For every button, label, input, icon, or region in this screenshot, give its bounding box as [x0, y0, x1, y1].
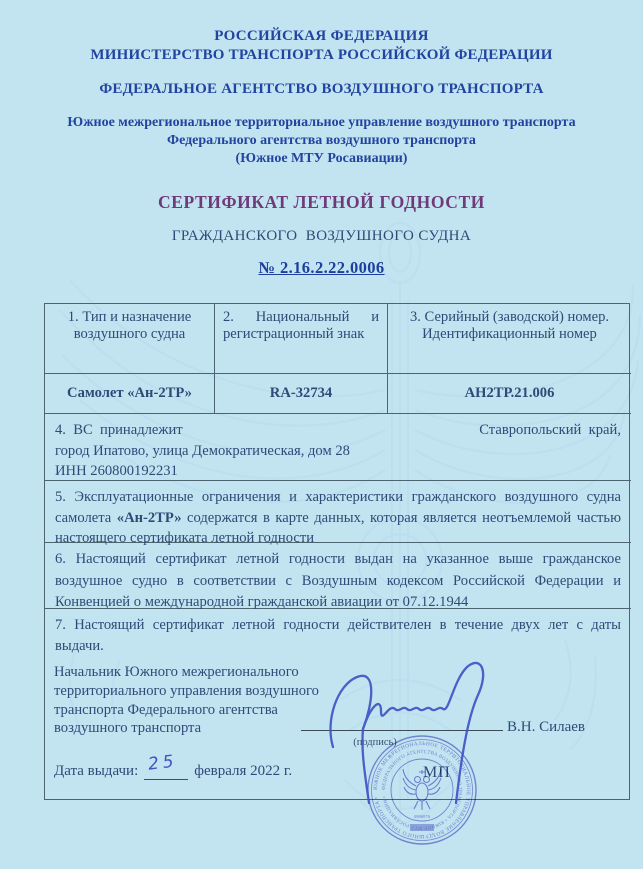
owner-region: Ставропольский край, — [479, 420, 621, 441]
section-4-owner: 4. ВС принадлежит Ставропольский край, г… — [45, 414, 631, 481]
certificate-table: 1. Тип и назначение воздушного судна 2. … — [44, 303, 630, 800]
letterhead: РОССИЙСКАЯ ФЕДЕРАЦИЯ МИНИСТЕРСТВО ТРАНСП… — [0, 0, 643, 168]
section-7-text: 7. Настоящий сертификат летной годности … — [45, 609, 631, 657]
ministry-name: МИНИСТЕРСТВО ТРАНСПОРТА РОССИЙСКОЙ ФЕДЕР… — [0, 47, 643, 64]
department-line2: Федерального агентства воздушного трансп… — [0, 132, 643, 150]
owner-address: город Ипатово, улица Демократическая, до… — [55, 441, 621, 462]
certificate-subtitle: ГРАЖДАНСКОГО ВОЗДУШНОГО СУДНА — [0, 228, 643, 245]
table-header-type: 1. Тип и назначение воздушного судна — [45, 304, 215, 374]
owner-label: 4. ВС принадлежит — [55, 420, 183, 441]
section-5-limitations: 5. Эксплуатационные ограничения и характ… — [45, 481, 631, 543]
aircraft-type-value: Самолет «Ан-2ТР» — [45, 374, 215, 414]
owner-inn: ИНН 260800192231 — [55, 461, 621, 482]
official-title-line3: транспорта Федерального агентства — [54, 701, 319, 720]
official-title: Начальник Южного межрегионального террит… — [54, 663, 319, 738]
issue-date-label: Дата выдачи: — [54, 761, 138, 782]
registration-mark-value: RA-32734 — [215, 374, 388, 414]
serial-number-value: АН2ТР.21.006 — [388, 374, 631, 414]
table-header-registration: 2. Национальный и регистрационный знак — [215, 304, 388, 374]
issue-day-underline: 25 — [144, 759, 188, 780]
certificate-number: № 2.16.2.22.0006 — [0, 258, 643, 278]
country-name: РОССИЙСКАЯ ФЕДЕРАЦИЯ — [0, 0, 643, 45]
issue-date-row: Дата выдачи: 25 февраля 2022 г. — [54, 759, 292, 781]
section-5-aircraft-bold: «Ан-2ТР» — [117, 510, 182, 526]
department-line1: Южное межрегиональное территориальное уп… — [0, 114, 643, 132]
department-block: Южное межрегиональное территориальное уп… — [0, 114, 643, 168]
certificate-page: РОССИЙСКАЯ ФЕДЕРАЦИЯ МИНИСТЕРСТВО ТРАНСП… — [0, 0, 643, 869]
stamp-number: 0996876 — [414, 814, 431, 819]
section-6-issuance: 6. Настоящий сертификат летной годности … — [45, 543, 631, 609]
section-7-validity-signature: 7. Настоящий сертификат летной годности … — [45, 609, 631, 801]
department-line3: (Южное МТУ Росавиации) — [0, 150, 643, 168]
table-header-serial: 3. Серийный (заводской) номер. Идентифик… — [388, 304, 631, 374]
stamp-bottom-block — [410, 824, 434, 831]
official-title-line4: воздушного транспорта — [54, 719, 319, 738]
official-title-line1: Начальник Южного межрегионального — [54, 663, 319, 682]
certificate-title: СЕРТИФИКАТ ЛЕТНОЙ ГОДНОСТИ — [0, 192, 643, 213]
agency-name: ФЕДЕРАЛЬНОЕ АГЕНТСТВО ВОЗДУШНОГО ТРАНСПО… — [0, 81, 643, 98]
official-title-line2: территориального управления воздушного — [54, 682, 319, 701]
issue-date-rest: февраля 2022 г. — [194, 761, 292, 782]
handwritten-signature — [315, 651, 525, 811]
issue-day-handwritten: 25 — [147, 751, 179, 775]
